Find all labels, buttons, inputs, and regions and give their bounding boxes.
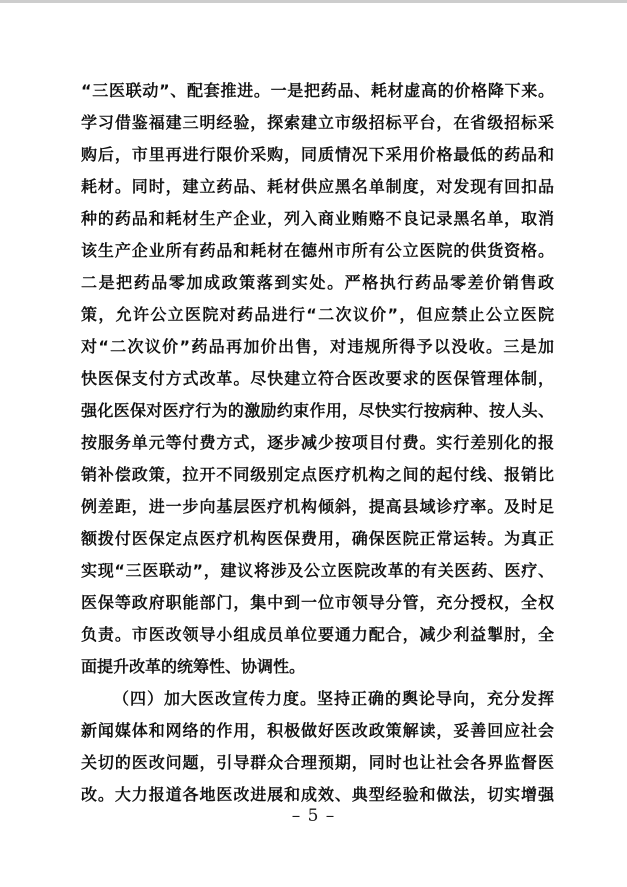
- text-line: 关切的医改问题，引导群众合理预期，同时也让社会各界监督医: [81, 747, 554, 779]
- text-line: 学习借鉴福建三明经验，探索建立市级招标平台，在省级招标采: [81, 107, 554, 139]
- para-section-four-publicity: （四）加大医改宣传力度。坚持正确的舆论导向，充分发挥新闻媒体和网络的作用，积极做…: [81, 683, 554, 811]
- text-line: 医保等政府职能部门，集中到一位市领导分管，充分授权，全权: [81, 587, 554, 619]
- text-line: 额拨付医保定点医疗机构医保费用，确保医院正常运转。为真正: [81, 523, 554, 555]
- text-line: 二是把药品零加成政策落到实处。严格执行药品零差价销售政: [81, 267, 554, 299]
- text-line: 种的药品和耗材生产企业，列入商业贿赂不良记录黑名单，取消: [81, 203, 554, 235]
- text-line: 策，允许公立医院对药品进行“二次议价”，但应禁止公立医院: [81, 299, 554, 331]
- text-line: 快医保支付方式改革。尽快建立符合医改要求的医保管理体制，: [81, 363, 554, 395]
- text-line: 按服务单元等付费方式，逐步减少按项目付费。实行差别化的报: [81, 427, 554, 459]
- text-line: 对“二次议价”药品再加价出售，对违规所得予以没收。三是加: [81, 331, 554, 363]
- text-line: 该生产企业所有药品和耗材在德州市所有公立医院的供货资格。: [81, 235, 554, 267]
- text-line: 实现“三医联动”，建议将涉及公立医院改革的有关医药、医疗、: [81, 555, 554, 587]
- text-line: 强化医保对医疗行为的激励约束作用，尽快实行按病种、按人头、: [81, 395, 554, 427]
- document-body: “三医联动”、配套推进。一是把药品、耗材虚高的价格降下来。学习借鉴福建三明经验，…: [81, 75, 554, 811]
- scan-artifact-top-band: [0, 0, 627, 3]
- text-line: 负责。市医改领导小组成员单位要通力配合，减少利益掣肘，全: [81, 619, 554, 651]
- para-continuation-sanyi-liandong: “三医联动”、配套推进。一是把药品、耗材虚高的价格降下来。学习借鉴福建三明经验，…: [81, 75, 554, 683]
- text-line: 例差距，进一步向基层医疗机构倾斜，提高县域诊疗率。及时足: [81, 491, 554, 523]
- text-line: 耗材。同时，建立药品、耗材供应黑名单制度，对发现有回扣品: [81, 171, 554, 203]
- text-line: 销补偿政策，拉开不同级别定点医疗机构之间的起付线、报销比: [81, 459, 554, 491]
- text-line: 新闻媒体和网络的作用，积极做好医改政策解读，妥善回应社会: [81, 715, 554, 747]
- text-line: （四）加大医改宣传力度。坚持正确的舆论导向，充分发挥: [81, 683, 554, 715]
- text-line: “三医联动”、配套推进。一是把药品、耗材虚高的价格降下来。: [81, 75, 554, 107]
- page-number: – 5 –: [0, 806, 627, 826]
- text-line: 购后，市里再进行限价采购，同质情况下采用价格最低的药品和: [81, 139, 554, 171]
- text-line: 面提升改革的统筹性、协调性。: [81, 651, 554, 683]
